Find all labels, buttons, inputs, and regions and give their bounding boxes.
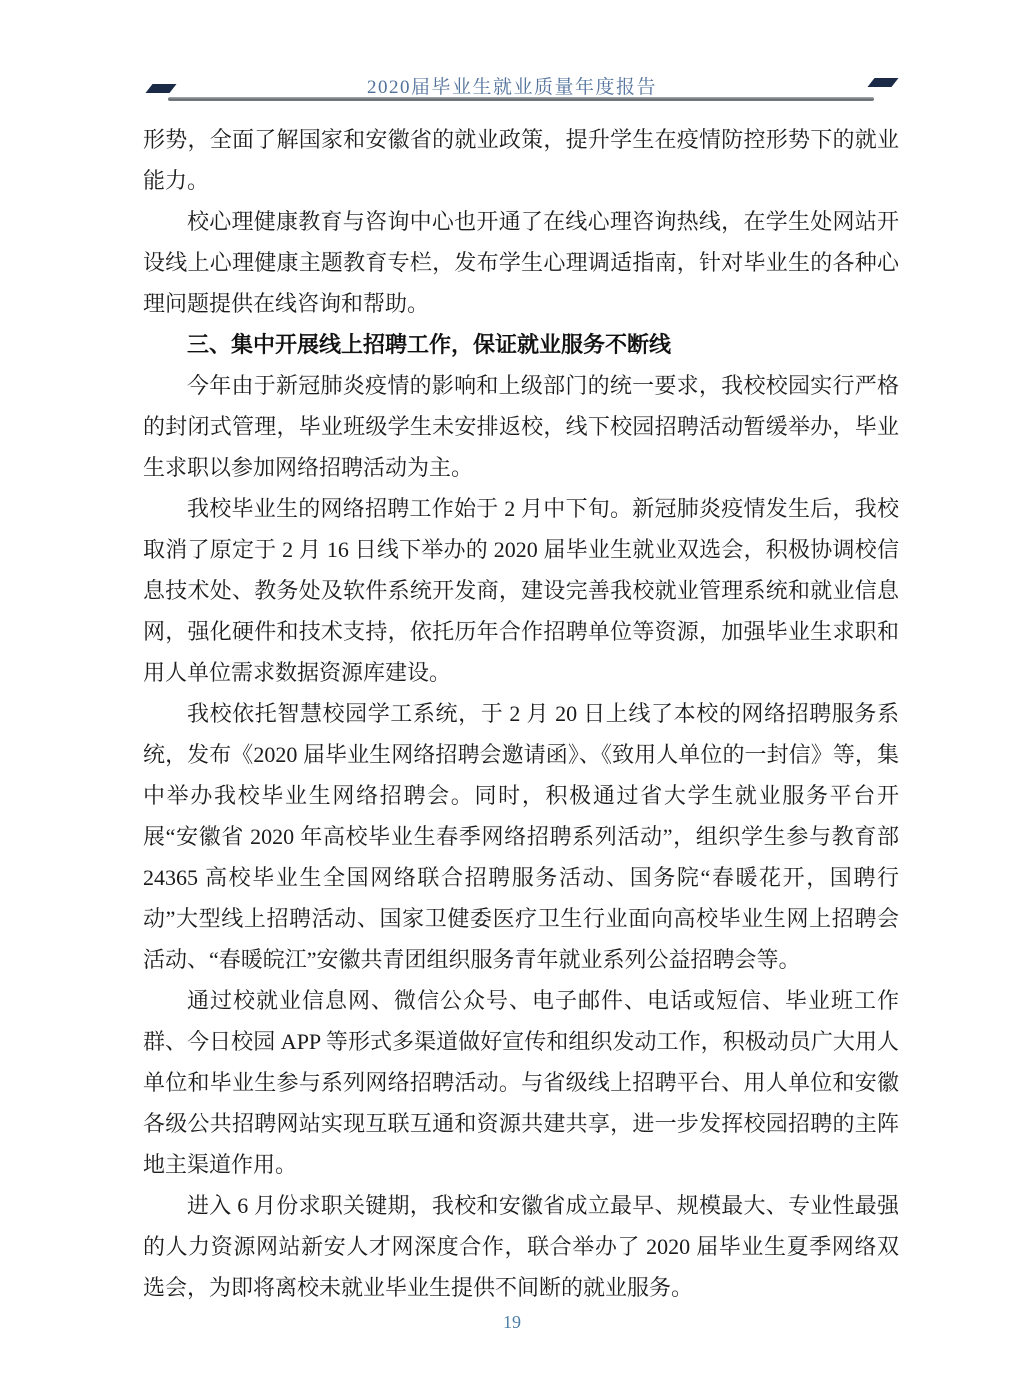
document-page: 2020届毕业生就业质量年度报告 形势，全面了解国家和安徽省的就业政策，提升学生… — [0, 0, 1024, 1389]
paragraph-multichannel-promotion: 通过校就业信息网、微信公众号、电子邮件、电话或短信、毕业班工作群、今日校园 AP… — [143, 980, 899, 1185]
header-divider-line — [168, 97, 874, 101]
paragraph-campus-closed-management: 今年由于新冠肺炎疫情的影响和上级部门的统一要求，我校校园实行严格的封闭式管理，毕… — [143, 365, 899, 488]
paragraph-june-job-hunting: 进入 6 月份求职关键期，我校和安徽省成立最早、规模最大、专业性最强的人力资源网… — [143, 1185, 899, 1308]
section-heading-online-recruitment: 三、集中开展线上招聘工作，保证就业服务不断线 — [143, 324, 899, 365]
paragraph-online-recruitment-start: 我校毕业生的网络招聘工作始于 2 月中下旬。新冠肺炎疫情发生后，我校取消了原定于… — [143, 488, 899, 693]
page-number: 19 — [0, 1312, 1024, 1333]
paragraph-employment-policy: 形势，全面了解国家和安徽省的就业政策，提升学生在疫情防控形势下的就业能力。 — [143, 119, 899, 201]
paragraph-psych-counseling: 校心理健康教育与咨询中心也开通了在线心理咨询热线，在学生处网站开设线上心理健康主… — [143, 201, 899, 324]
paragraph-recruitment-service-system: 我校依托智慧校园学工系统，于 2 月 20 日上线了本校的网络招聘服务系统，发布… — [143, 693, 899, 980]
document-body: 形势，全面了解国家和安徽省的就业政策，提升学生在疫情防控形势下的就业能力。 校心… — [143, 119, 899, 1308]
